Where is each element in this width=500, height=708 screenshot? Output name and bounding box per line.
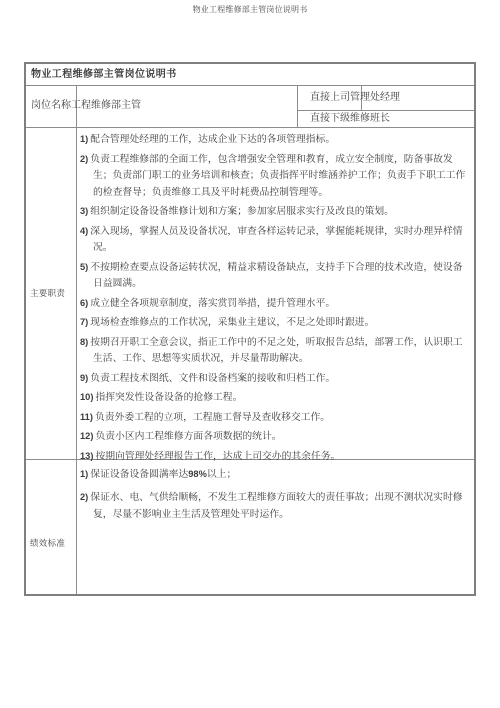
numbered-item: 11)负责外委工程的立项，工程施工督导及查收移交工作。 bbox=[80, 409, 472, 427]
item-number: 9) bbox=[80, 373, 88, 383]
numbered-item: 7)现场检查维修点的工作状况，采集业主建议，不足之处即时跟进。 bbox=[80, 314, 472, 332]
column-divider-labels bbox=[76, 85, 77, 594]
column-divider-right-section bbox=[297, 85, 298, 127]
item-text: 保证水、电、气供给顺畅，不发生工程维修方面较大的责任事故；出现不测状况实时修复，… bbox=[90, 492, 462, 520]
item-number: 6) bbox=[80, 298, 88, 308]
position-name-value: 工程维修部主管 bbox=[71, 100, 141, 111]
item-text: 负责外委工程的立项，工程施工督导及查收移交工作。 bbox=[95, 412, 330, 423]
item-number: 5) bbox=[80, 262, 88, 272]
item-number: 10) bbox=[80, 392, 93, 402]
standards-row-label: 绩效标准 bbox=[26, 459, 76, 594]
item-text: 不按期检查要点设备运转状况，精益求精设备缺点，支持手下合理的技术改造，使设备日益… bbox=[90, 262, 462, 290]
page-header-title: 物业工程维修部主管岗位说明书 bbox=[0, 4, 500, 15]
item-text: 按期召开职工全意会议，指正工作中的不足之处，听取报告总结，部署工作，认识职工生活… bbox=[90, 337, 462, 365]
supervisor-cell: 直接上司管理处经理 bbox=[310, 85, 400, 110]
numbered-item: 1)保证设备设备圆满率达98%以上； bbox=[80, 466, 472, 483]
item-number: 4) bbox=[80, 226, 88, 236]
item-number: 11) bbox=[80, 412, 93, 422]
numbered-item: 6)成立健全各项规章制度，落实赏罚举措，提升管理水平。 bbox=[80, 295, 472, 313]
figure: 98% bbox=[188, 469, 207, 479]
numbered-item: 5)不按期检查要点设备运转状况，精益求精设备缺点，支持手下合理的技术改造，使设备… bbox=[80, 259, 472, 293]
position-name-label: 岗位名称 bbox=[31, 100, 71, 111]
job-description-table: 物业工程维修部主管岗位说明书 岗位名称工程维修部主管 直接上司管理处经理 直接下… bbox=[24, 62, 476, 596]
item-number: 3) bbox=[80, 206, 88, 216]
item-number: 2) bbox=[80, 154, 88, 164]
item-number: 2) bbox=[80, 492, 88, 502]
item-text: 负责工程维修部的全面工作，包含增强安全管理和教育，成立安全制度，防备事故发生；负… bbox=[90, 154, 465, 198]
subordinate-value: 维修班长 bbox=[350, 113, 390, 124]
item-text: 配合管理处经理的工作，达成企业下达的各项管理指标。 bbox=[90, 134, 335, 145]
item-text: 负责工程技术图纸、文件和设备档案的接收和归档工作。 bbox=[90, 373, 335, 384]
numbered-item: 8)按期召开职工全意会议，指正工作中的不足之处，听取报告总结，部署工作，认识职工… bbox=[80, 334, 472, 368]
numbered-item: 12)负责小区内工程维修方面各项数据的统计。 bbox=[80, 428, 472, 446]
numbered-item: 2)负责工程维修部的全面工作，包含增强安全管理和教育，成立安全制度，防备事故发生… bbox=[80, 151, 472, 202]
subordinate-cell: 直接下级维修班长 bbox=[310, 110, 390, 127]
numbered-item: 10)指挥突发性设备设备的抢修工程。 bbox=[80, 389, 472, 407]
item-number: 1) bbox=[80, 134, 88, 144]
standards-list: 1)保证设备设备圆满率达98%以上；2)保证水、电、气供给顺畅，不发生工程维修方… bbox=[80, 459, 472, 529]
item-number: 1) bbox=[80, 469, 88, 479]
item-number: 8) bbox=[80, 337, 88, 347]
item-text: 负责小区内工程维修方面各项数据的统计。 bbox=[95, 431, 281, 442]
document-page: 物业工程维修部主管岗位说明书 物业工程维修部主管岗位说明书 岗位名称工程维修部主… bbox=[0, 0, 500, 708]
item-text: 组织制定设备设备维修计划和方案；参加家居服求实行及改良的策划。 bbox=[90, 206, 394, 217]
numbered-item: 1)配合管理处经理的工作，达成企业下达的各项管理指标。 bbox=[80, 131, 472, 149]
duties-row-label: 主要职责 bbox=[26, 127, 76, 459]
supervisor-label: 直接上司 bbox=[310, 92, 350, 103]
numbered-item: 3)组织制定设备设备维修计划和方案；参加家居服求实行及改良的策划。 bbox=[80, 203, 472, 221]
table-title: 物业工程维修部主管岗位说明书 bbox=[31, 64, 177, 85]
numbered-item: 4)深入现场，掌握人员及设备状况，审查各样运转记录，掌握能耗规律，实时办理异样情… bbox=[80, 223, 472, 257]
supervisor-value: 管理处经理 bbox=[350, 92, 400, 103]
numbered-item: 9)负责工程技术图纸、文件和设备档案的接收和归档工作。 bbox=[80, 370, 472, 388]
item-text: 指挥突发性设备设备的抢修工程。 bbox=[95, 392, 242, 403]
position-name-cell: 岗位名称工程维修部主管 bbox=[31, 85, 141, 127]
item-text: 深入现场，掌握人员及设备状况，审查各样运转记录，掌握能耗规律，实时办理异样情况。 bbox=[90, 226, 462, 254]
item-text: 成立健全各项规章制度，落实赏罚举措，提升管理水平。 bbox=[90, 298, 335, 309]
item-number: 12) bbox=[80, 431, 93, 441]
duties-list: 1)配合管理处经理的工作，达成企业下达的各项管理指标。2)负责工程维修部的全面工… bbox=[80, 127, 472, 467]
item-number: 7) bbox=[80, 317, 88, 327]
item-text: 保证设备设备圆满率达98%以上； bbox=[90, 469, 236, 480]
subordinate-label: 直接下级 bbox=[310, 113, 350, 124]
item-text: 现场检查维修点的工作状况，采集业主建议，不足之处即时跟进。 bbox=[90, 317, 374, 328]
numbered-item: 2)保证水、电、气供给顺畅，不发生工程维修方面较大的责任事故；出现不测状况实时修… bbox=[80, 489, 472, 523]
